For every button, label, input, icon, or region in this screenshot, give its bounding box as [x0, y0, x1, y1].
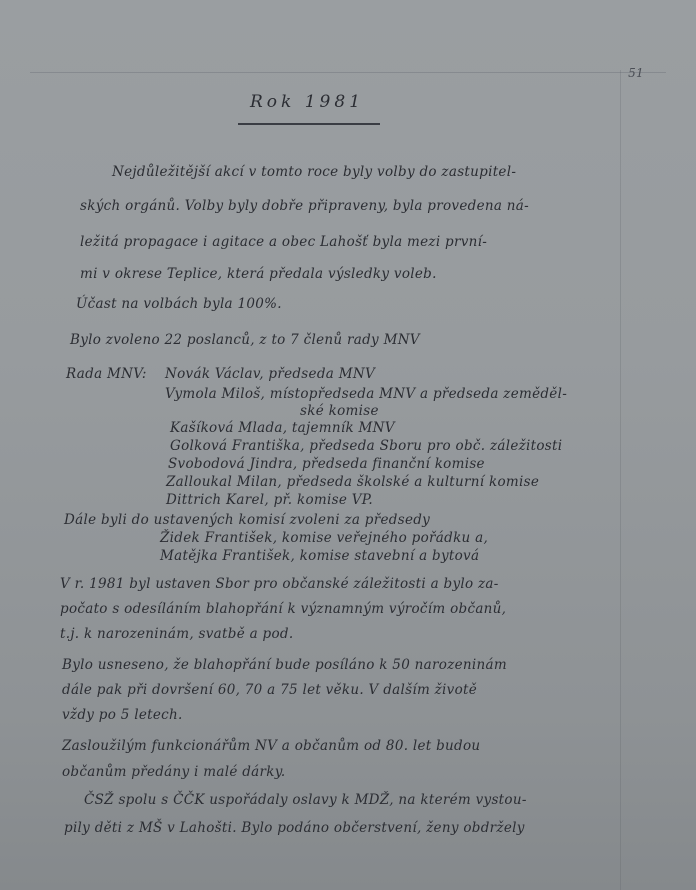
- page-number: 51: [628, 66, 644, 80]
- section-label: Rada MNV:: [66, 366, 147, 382]
- committee-chair: Židek František, komise veřejného pořádk…: [160, 530, 488, 546]
- text-line: pily děti z MŠ v Lahošti. Bylo podáno ob…: [64, 820, 525, 836]
- text-line: t.j. k narozeninám, svatbě a pod.: [60, 626, 293, 642]
- council-member: Golková Františka, předseda Sboru pro ob…: [170, 438, 562, 454]
- council-member: Novák Václav, předseda MNV: [165, 366, 375, 382]
- text-line: Bylo zvoleno 22 poslanců, z to 7 členů r…: [70, 332, 420, 348]
- text-line: ských orgánů. Volby byly dobře připraven…: [80, 198, 529, 214]
- text-line: ČSŽ spolu s ČČK uspořádaly oslavy k MDŽ,…: [84, 792, 527, 808]
- text-line: ležitá propagace i agitace a obec Lahošť…: [80, 234, 487, 250]
- text-line: Nejdůležitější akcí v tomto roce byly vo…: [112, 164, 516, 180]
- margin-line: [620, 70, 621, 890]
- text-line: V r. 1981 byl ustaven Sbor pro občanské …: [60, 576, 499, 592]
- text-line: Dále byli do ustavených komisí zvoleni z…: [64, 512, 430, 528]
- title-underline: [238, 123, 380, 125]
- text-line: vždy po 5 letech.: [62, 707, 183, 723]
- text-line: Bylo usneseno, že blahopřání bude posílá…: [62, 657, 507, 673]
- text-line: občanům předány i malé dárky.: [62, 764, 285, 780]
- council-member: Zalloukal Milan, předseda školské a kult…: [166, 474, 539, 490]
- text-line: Účast na volbách byla 100%.: [76, 296, 282, 312]
- council-member: Svobodová Jindra, předseda finanční komi…: [168, 456, 485, 472]
- text-line: Zasloužilým funkcionářům NV a občanům od…: [62, 738, 480, 754]
- committee-chair: Matějka František, komise stavební a byt…: [160, 548, 479, 564]
- page-title: Rok 1981: [250, 92, 364, 112]
- council-member-cont: ské komise: [300, 403, 379, 419]
- council-member: Dittrich Karel, př. komise VP.: [166, 492, 373, 508]
- council-member: Vymola Miloš, místopředseda MNV a předse…: [165, 386, 567, 402]
- text-line: dále pak při dovršení 60, 70 a 75 let vě…: [62, 682, 477, 698]
- ruled-line: [30, 72, 666, 73]
- council-member: Kašíková Mlada, tajemník MNV: [170, 420, 395, 436]
- chronicle-page: 51 Rok 1981 Nejdůležitější akcí v tomto …: [0, 0, 696, 890]
- text-line: počato s odesíláním blahopřání k významn…: [60, 601, 506, 617]
- text-line: mi v okrese Teplice, která předala výsle…: [80, 266, 437, 282]
